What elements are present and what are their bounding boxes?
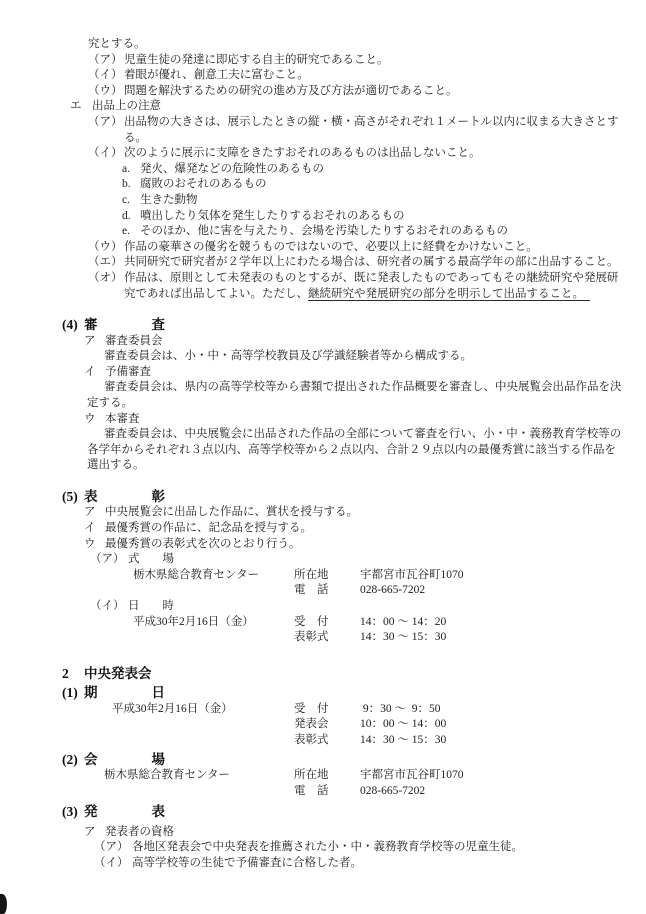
item-text: 作品は、原則として未発表のものとするが、既に発表したものであってもその継続研究や… — [124, 271, 622, 302]
item-text: 最優秀賞の表彰式を次のとおり行う。 — [105, 537, 301, 553]
ceremony-datetime-heading: （イ） 日 時 — [90, 599, 646, 615]
section-number: (4) — [62, 316, 84, 334]
hazard-item: a. 発火、爆発などの危険性のあるもの — [122, 162, 646, 178]
item-text: 共同研究で研究者が２学年以上にわたる場合は、研究者の属する最高学年の部に出品する… — [124, 255, 622, 271]
criteria-item: （イ） 着眼が優れ、創意工夫に富むこと。 — [88, 68, 646, 84]
item-text: 腐敗のおそれのあるもの — [140, 177, 267, 193]
section-5-heading: (5)表 彰 — [62, 488, 646, 506]
item-title: 出品上の注意 — [92, 99, 161, 115]
schedule-row: 表彰式 14：30 ～ 15：30 — [0, 733, 646, 749]
item-text: 着眼が優れ、創意工夫に富むこと。 — [124, 68, 622, 84]
item-label: エ — [70, 99, 92, 115]
item-label: （イ） — [88, 68, 124, 84]
item-label: ア — [84, 825, 105, 841]
hazard-list: a. 発火、爆発などの危険性のあるもの b. 腐敗のおそれのあるもの c. 生き… — [122, 162, 646, 240]
field-value: 10：00 ～ 14：00 — [360, 717, 446, 733]
item-title: 式 場 — [128, 552, 174, 568]
item-label: b. — [122, 177, 140, 193]
section-2-heading: 2中央発表会 — [62, 665, 646, 683]
item-text: 各地区発表会で中央発表を推薦された小・中・義務教育学校等の児童生徒。 — [132, 840, 523, 856]
note-item: （オ） 作品は、原則として未発表のものとするが、既に発表したものであってもその継… — [88, 271, 646, 302]
field-key: 電 話 — [294, 583, 329, 599]
hazard-item: e. そのほか、他に害を与えたり、会場を汚染したりするおそれのあるもの — [122, 224, 646, 240]
paragraph-continuation: 究とする。 — [88, 37, 646, 53]
hazard-item: b. 腐敗のおそれのあるもの — [122, 177, 646, 193]
kana-item-heading: ア 審査委員会 — [84, 334, 646, 350]
kana-item: イ 最優秀賞の作品に、記念品を授与する。 — [84, 521, 646, 537]
item-label: （イ） — [88, 146, 124, 162]
event-date: 平成30年2月16日（金） — [112, 702, 233, 718]
field-value: 9：30 ～ 9：50 — [360, 702, 441, 718]
section-number: 2 — [62, 665, 84, 683]
schedule-row: 平成30年2月16日（金） 受 付 9：30 ～ 9：50 — [0, 702, 646, 718]
field-key: 発表会 — [294, 717, 329, 733]
note-item: （イ） 次のように展示に支障をきたすおそれのあるものは出品しないこと。 — [88, 146, 646, 162]
venue-row: 電 話 028-665-7202 — [0, 583, 646, 599]
venue-row: 電 話 028-665-7202 — [0, 784, 646, 800]
ceremony-date: 平成30年2月16日（金） — [133, 615, 254, 631]
item-text: 発火、爆発などの危険性のあるもの — [140, 162, 324, 178]
section-title: 期 日 — [84, 685, 165, 700]
kana-item-heading: ウ 本審査 — [84, 412, 646, 428]
datetime-row: 表彰式 14：30 ～ 15：30 — [0, 630, 646, 646]
field-value: 宇都宮市瓦谷町1070 — [360, 568, 464, 584]
field-key: 受 付 — [294, 615, 329, 631]
body-paragraph: 審査委員会は、小・中・高等学校教員及び学識経験者等から構成する。 — [87, 349, 622, 365]
item-title: 予備審査 — [105, 365, 151, 381]
criteria-item: （ア） 児童生徒の発達に即応する自主的研究であること。 — [88, 53, 646, 69]
item-label: c. — [122, 193, 140, 209]
venue-row: 栃木県総合教育センター 所在地 宇都宮市瓦谷町1070 — [0, 768, 646, 784]
kana-item: ア 中央展覧会に出品した作品に、賞状を授与する。 — [84, 505, 646, 521]
venue-name: 栃木県総合教育センター — [133, 568, 259, 584]
criteria-item: （ウ） 問題を解決するための研究の進め方及び方法が適切であること。 — [88, 84, 646, 100]
item-label: a. — [122, 162, 140, 178]
item-e-heading: エ 出品上の注意 — [70, 99, 646, 115]
item-label: （ア） — [94, 840, 132, 856]
item-text: 作品の豪華さの優劣を競うものではないので、必要以上に経費をかけないこと。 — [124, 240, 622, 256]
item-label: （イ） — [90, 599, 128, 615]
section-title: 表 彰 — [84, 489, 165, 504]
field-key: 表彰式 — [294, 733, 329, 749]
schedule-row: 発表会 10：00 ～ 14：00 — [0, 717, 646, 733]
item-label: （ウ） — [88, 240, 124, 256]
item-label: （ア） — [90, 552, 128, 568]
item-title: 日 時 — [128, 599, 174, 615]
section-4-heading: (4)審 査 — [62, 316, 646, 334]
qualification-item: （ア） 各地区発表会で中央発表を推薦された小・中・義務教育学校等の児童生徒。 — [94, 840, 646, 856]
section-number: (3) — [62, 803, 84, 821]
item-label: （イ） — [94, 856, 132, 872]
item-text: 最優秀賞の作品に、記念品を授与する。 — [105, 521, 312, 537]
item-label: ア — [84, 334, 105, 350]
item-text: 問題を解決するための研究の進め方及び方法が適切であること。 — [124, 84, 622, 100]
note-text-underlined: 継続研究や発展研究の部分を明示して出品すること。 — [308, 288, 590, 301]
field-key: 電 話 — [294, 784, 329, 800]
kana-item-heading: ア 発表者の資格 — [84, 825, 646, 841]
item-text: 高等学校等の生徒で予備審査に合格した者。 — [132, 856, 362, 872]
venue-name: 栃木県総合教育センター — [104, 768, 230, 784]
item-label: （ア） — [88, 53, 124, 69]
item-label: （エ） — [88, 255, 124, 271]
item-label: （オ） — [88, 271, 124, 302]
section-title: 会 場 — [84, 752, 165, 767]
item-title: 本審査 — [105, 412, 140, 428]
ceremony-venue-heading: （ア） 式 場 — [90, 552, 646, 568]
item-label: （ウ） — [88, 84, 124, 100]
item-label: e. — [122, 224, 140, 240]
body-paragraph: 審査委員会は、中央展覧会に出品された作品の全部について審査を行い、小・中・義務教… — [87, 427, 622, 474]
field-value: 宇都宮市瓦谷町1070 — [360, 768, 464, 784]
field-value: 14：00 ～ 14：20 — [360, 615, 446, 631]
hazard-item: c. 生きた動物 — [122, 193, 646, 209]
item-label: ウ — [84, 537, 105, 553]
item-text: 出品物の大きさは、展示したときの縦・横・高さがそれぞれ１メートル以内に収まる大き… — [124, 115, 622, 146]
venue-row: 栃木県総合教育センター 所在地 宇都宮市瓦谷町1070 — [0, 568, 646, 584]
field-value: 028-665-7202 — [360, 784, 425, 800]
section-title: 審 査 — [84, 317, 165, 332]
kana-item: ウ 最優秀賞の表彰式を次のとおり行う。 — [84, 537, 646, 553]
item-label: （ア） — [88, 115, 124, 146]
datetime-row: 平成30年2月16日（金） 受 付 14：00 ～ 14：20 — [0, 615, 646, 631]
item-text: 次のように展示に支障をきたすおそれのあるものは出品しないこと。 — [124, 146, 622, 162]
hazard-item: d. 噴出したり気体を発生したりするおそれのあるもの — [122, 209, 646, 225]
item-label: ウ — [84, 412, 105, 428]
note-item: （エ） 共同研究で研究者が２学年以上にわたる場合は、研究者の属する最高学年の部に… — [88, 255, 646, 271]
field-value: 14：30 ～ 15：30 — [360, 733, 446, 749]
item-text: 生きた動物 — [140, 193, 198, 209]
document-page: 究とする。 （ア） 児童生徒の発達に即応する自主的研究であること。 （イ） 着眼… — [0, 0, 646, 914]
section-title: 発 表 — [84, 804, 165, 819]
field-value: 14：30 ～ 15：30 — [360, 630, 446, 646]
item-label: イ — [84, 365, 105, 381]
note-item: （ア） 出品物の大きさは、展示したときの縦・横・高さがそれぞれ１メートル以内に収… — [88, 115, 646, 146]
item-title: 発表者の資格 — [105, 825, 174, 841]
field-value: 028-665-7202 — [360, 583, 425, 599]
subsection-2-heading: (2)会 場 — [62, 751, 646, 769]
item-label: ア — [84, 505, 105, 521]
item-text: そのほか、他に害を与えたり、会場を汚染したりするおそれのあるもの — [140, 224, 508, 240]
note-item: （ウ） 作品の豪華さの優劣を競うものではないので、必要以上に経費をかけないこと。 — [88, 240, 646, 256]
field-key: 所在地 — [294, 768, 329, 784]
section-number: (1) — [62, 684, 84, 702]
field-key: 所在地 — [294, 568, 329, 584]
section-number: (2) — [62, 751, 84, 769]
item-label: d. — [122, 209, 140, 225]
item-text: 噴出したり気体を発生したりするおそれのあるもの — [140, 209, 405, 225]
item-text: 児童生徒の発達に即応する自主的研究であること。 — [124, 53, 622, 69]
qualification-item: （イ） 高等学校等の生徒で予備審査に合格した者。 — [94, 856, 646, 872]
section-title: 中央発表会 — [84, 666, 152, 681]
subsection-1-heading: (1)期 日 — [62, 684, 646, 702]
kana-item-heading: イ 予備審査 — [84, 365, 646, 381]
field-key: 受 付 — [294, 702, 329, 718]
scan-artifact — [0, 894, 7, 914]
field-key: 表彰式 — [294, 630, 329, 646]
subsection-3-heading: (3)発 表 — [62, 803, 646, 821]
qualification-list: （ア） 各地区発表会で中央発表を推薦された小・中・義務教育学校等の児童生徒。 （… — [94, 840, 646, 871]
section-number: (5) — [62, 488, 84, 506]
item-text: 中央展覧会に出品した作品に、賞状を授与する。 — [105, 505, 358, 521]
body-paragraph: 審査委員会は、県内の高等学校等から書類で提出された作品概要を審査し、中央展覧会出… — [87, 380, 622, 411]
item-title: 審査委員会 — [105, 334, 163, 350]
item-label: イ — [84, 521, 105, 537]
